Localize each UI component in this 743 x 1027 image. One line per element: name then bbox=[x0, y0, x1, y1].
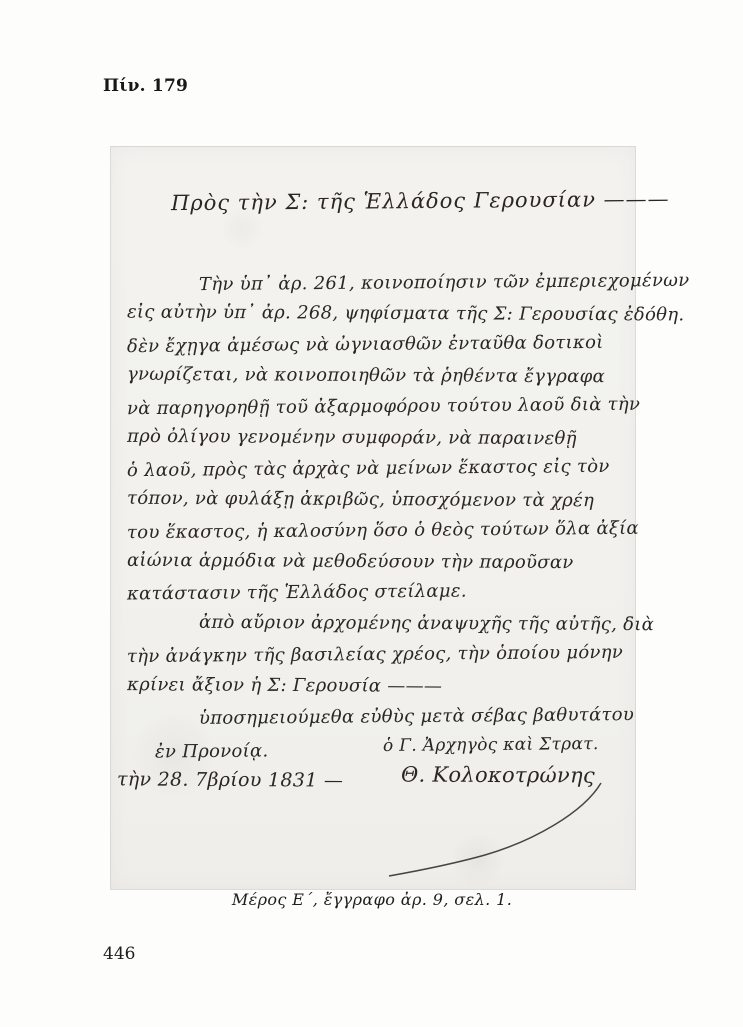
figure-caption: Μέρος Ε΄, ἔγγραφο ἀρ. 9, σελ. 1. bbox=[110, 890, 634, 909]
letter-line: νὰ παρηγορηθῇ τοῦ ἀξαρμοφόρου τούτου λαο… bbox=[127, 396, 640, 418]
letter-line: ὁ λαοῦ, πρὸς τὰς ἀρχὰς νὰ μείνων ἕκαστος… bbox=[127, 458, 610, 480]
letter-line: κατάστασιν τῆς Ἑλλάδος στείλαμε. bbox=[127, 583, 467, 604]
letter-line: τὴν ἀνάγκην τῆς βασιλείας χρέος, τὴν ὁπο… bbox=[127, 644, 623, 666]
page-number: 446 bbox=[103, 944, 135, 964]
signature-flourish bbox=[373, 779, 613, 879]
letter-line: γνωρίζεται, νὰ κοινοποιηθῶν τὰ ῥηθέντα ἔ… bbox=[127, 366, 605, 387]
letter-place: ἐν Προνοίᾳ. bbox=[155, 743, 269, 762]
letter-line: κρίνει ἄξιον ἡ Σ: Γερουσία ——— bbox=[127, 676, 442, 696]
letter-line: εἰς αὐτὴν ὑπ᾽ ἀρ. 268, ψηφίσματα τῆς Σ: … bbox=[127, 304, 684, 325]
plate-label: Πίν. 179 bbox=[103, 76, 188, 96]
letter-line: τόπον, νὰ φυλάξῃ ἀκριβῶς, ὑποσχόμενον τὰ… bbox=[127, 490, 594, 510]
letter-line: του ἕκαστος, ἡ καλοσύνη ὅσο ὁ θεὸς τούτω… bbox=[127, 520, 639, 542]
letter-line: ὑποσημειούμεθα εὐθὺς μετὰ σέβας βαθυτάτο… bbox=[199, 706, 634, 728]
letter-signature: Θ. Κολοκοτρώνης bbox=[401, 764, 595, 786]
letter-line: αἰώνια ἁρμόδια νὰ μεθοδεύσουν τὴν παροῦσ… bbox=[127, 552, 574, 572]
letter-line: Τὴν ὑπ᾽ ἀρ. 261, κοινοποίησιν τῶν ἐμπερι… bbox=[199, 272, 690, 294]
letter-line: ἀπὸ αὔριον ἀρχομένης ἀναψυχῆς τῆς αὐτῆς,… bbox=[199, 614, 654, 634]
letter-line: δὲν ἔχῃγα ἀμέσως νὰ ὠγνιασθῶν ἐνταῦθα δο… bbox=[127, 334, 604, 356]
letter-signoff-title: ὁ Γ. Ἀρχηγὸς καὶ Στρατ. bbox=[383, 736, 599, 755]
letter-scan: Πρὸς τὴν Σ: τῆς Ἑλλάδος Γερουσίαν ——— Τὴ… bbox=[110, 146, 636, 890]
letter-date: τὴν 28. 7βρίου 1831 — bbox=[117, 770, 343, 790]
letter-line: πρὸ ὀλίγου γενομένην συμφοράν, νὰ παραιν… bbox=[127, 428, 577, 448]
letter-heading: Πρὸς τὴν Σ: τῆς Ἑλλάδος Γερουσίαν ——— bbox=[171, 189, 670, 214]
